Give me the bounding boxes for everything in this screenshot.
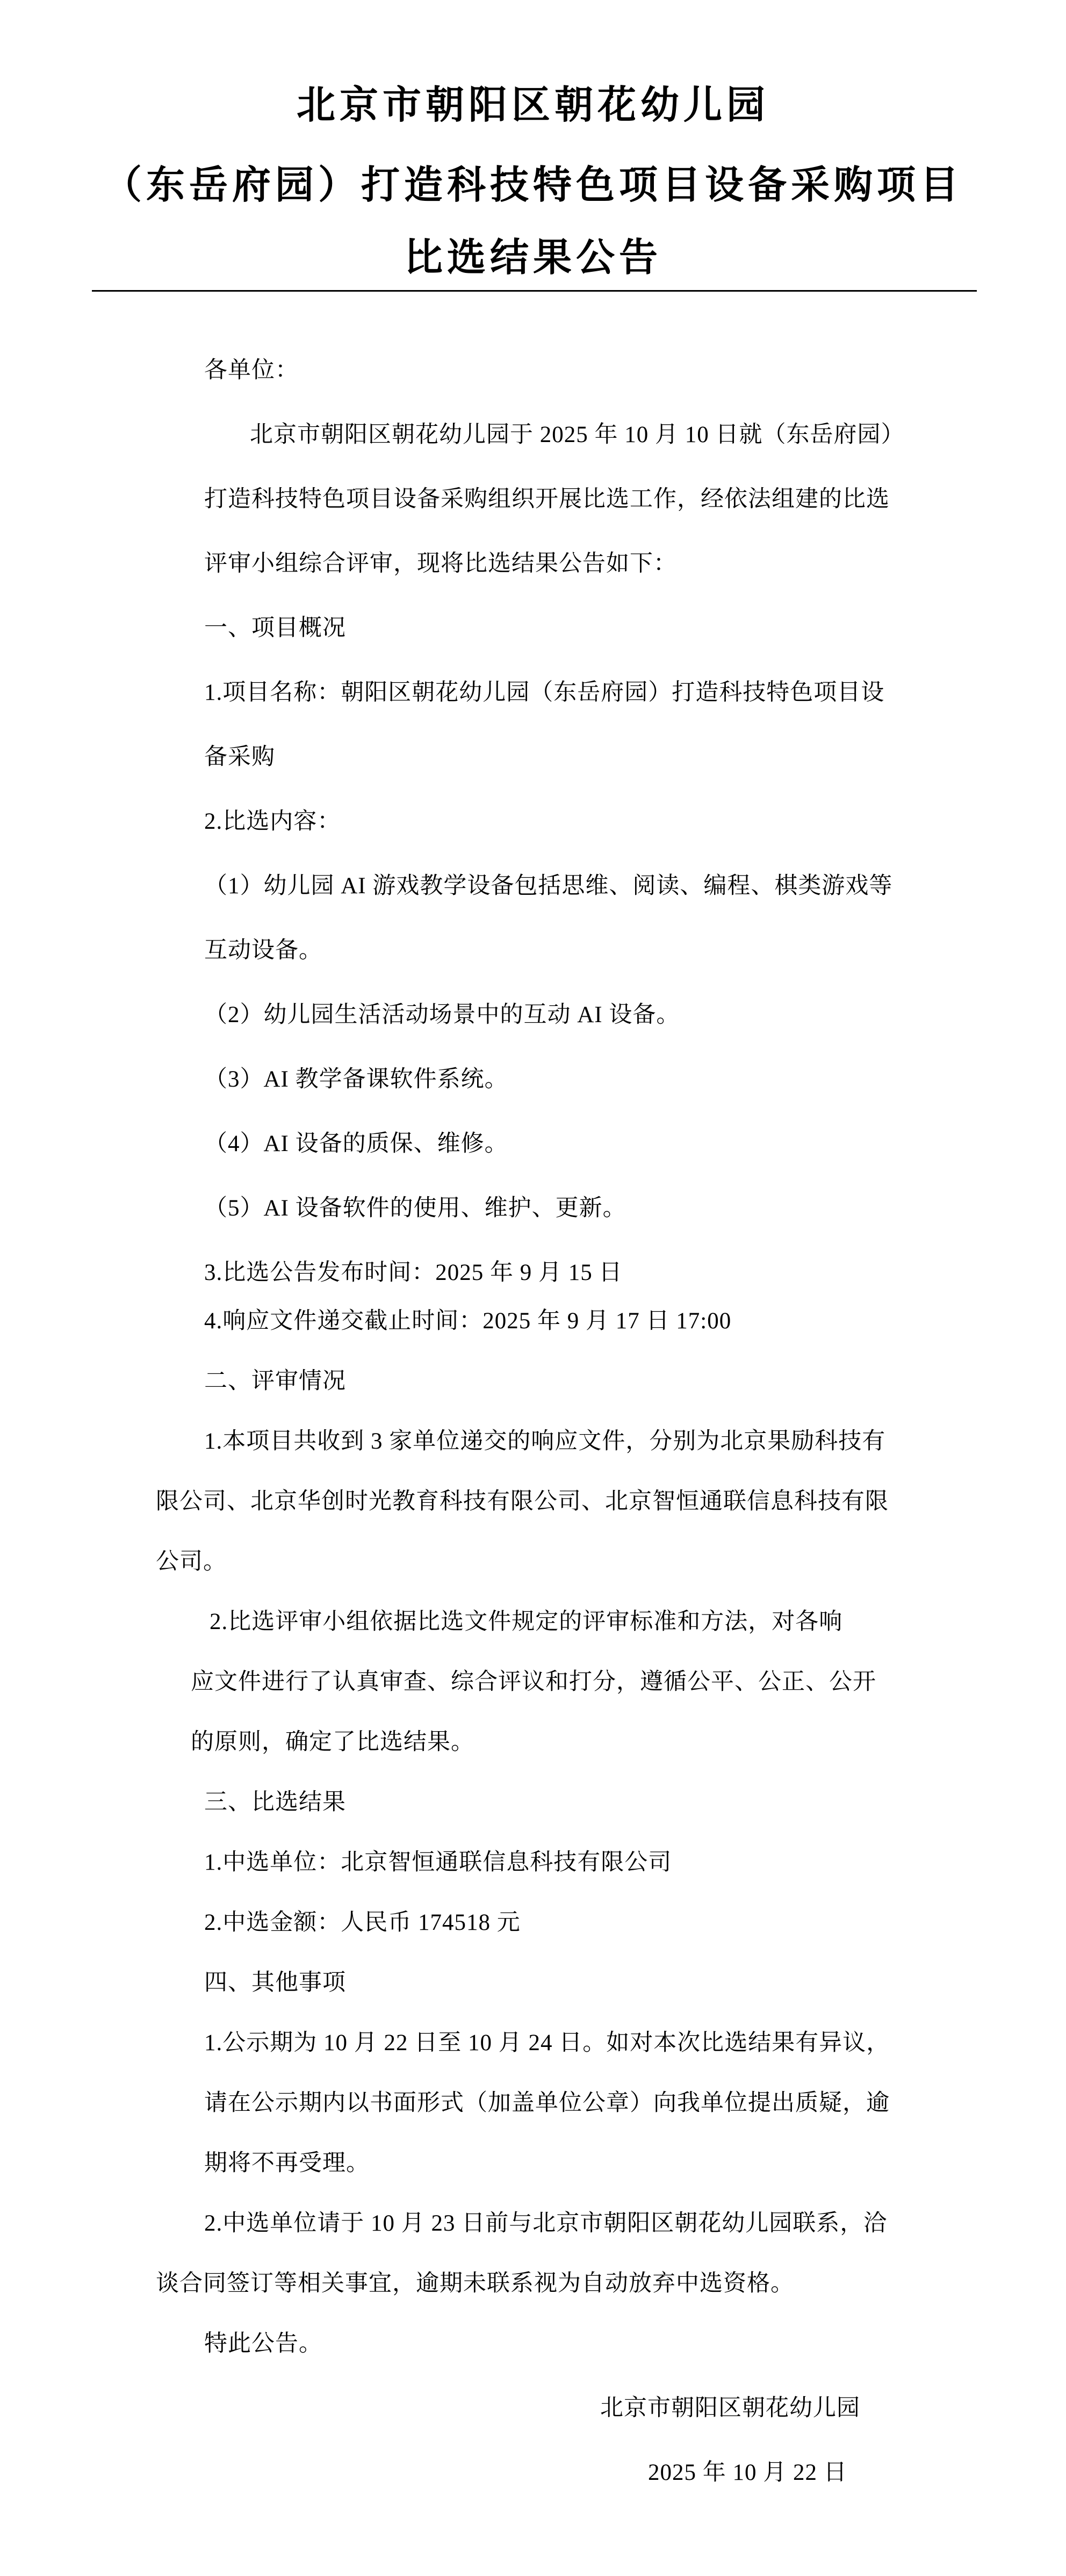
paragraph-line: 2.比选内容：	[204, 806, 341, 838]
paragraph-line: （1）幼儿园 AI 游戏教学设备包括思维、阅读、编程、棋类游戏等	[204, 870, 892, 902]
paragraph-line: 备采购	[204, 741, 275, 773]
paragraph-line: 期将不再受理。	[204, 2147, 370, 2180]
paragraph-line: 1.公示期为 10 月 22 日至 10 月 24 日。如对本次比选结果有异议，	[204, 2027, 890, 2059]
paragraph-line: 1.项目名称：朝阳区朝花幼儿园（东岳府园）打造科技特色项目设	[204, 677, 884, 709]
section-heading-1: 一、项目概况	[204, 612, 346, 645]
paragraph-line: 2.中选单位请于 10 月 23 日前与北京市朝阳区朝花幼儿园联系，洽	[204, 2208, 887, 2240]
paragraph-line: （3）AI 教学备课软件系统。	[204, 1063, 508, 1096]
paragraph-line: 应文件进行了认真审查、综合评议和打分，遵循公平、公正、公开	[191, 1666, 876, 1698]
paragraph-line: （2）幼儿园生活活动场景中的互动 AI 设备。	[204, 999, 680, 1031]
section-heading-2: 二、评审情况	[204, 1365, 346, 1398]
paragraph-line: （5）AI 设备软件的使用、维护、更新。	[204, 1192, 626, 1225]
paragraph-line: 请在公示期内以书面形式（加盖单位公章）向我单位提出质疑，逾	[204, 2087, 890, 2119]
paragraph-line: 北京市朝阳区朝花幼儿园于 2025 年 10 月 10 日就（东岳府园）	[250, 419, 905, 451]
paragraph-line: 2.比选评审小组依据比选文件规定的评审标准和方法，对各响	[210, 1606, 842, 1638]
paragraph-line: 的原则，确定了比选结果。	[191, 1726, 474, 1759]
document-page: { "page": { "background_color": "#ffffff…	[0, 0, 1066, 2576]
page-title-line-3: 比选结果公告	[0, 234, 1066, 282]
paragraph-line: 公司。	[156, 1546, 227, 1578]
amount-line: 2.中选金额：人民币 174518 元	[204, 1907, 521, 1939]
paragraph-line: 3.比选公告发布时间：2025 年 9 月 15 日	[204, 1257, 623, 1289]
section-heading-3: 三、比选结果	[204, 1786, 346, 1819]
page-title: 北京市朝阳区朝花幼儿园	[0, 81, 1066, 129]
winner-line: 1.中选单位：北京智恒通联信息科技有限公司	[204, 1847, 672, 1879]
paragraph-line: 打造科技特色项目设备采购组织开展比选工作，经依法组建的比选	[204, 483, 890, 516]
paragraph-line: 4.响应文件递交截止时间：2025 年 9 月 17 日 17:00	[204, 1305, 731, 1337]
title-divider-rule	[92, 290, 977, 292]
signature-line: 北京市朝阳区朝花幼儿园	[600, 2392, 860, 2425]
page-title-line-2: （东岳府园）打造科技特色项目设备采购项目	[0, 161, 1066, 209]
paragraph-line: 谈合同签订等相关事宜，逾期未联系视为自动放弃中选资格。	[156, 2268, 794, 2300]
paragraph-line: 评审小组综合评审，现将比选结果公告如下：	[204, 548, 677, 580]
salutation: 各单位：	[204, 354, 299, 387]
paragraph-line: 互动设备。	[204, 935, 322, 967]
closing-line: 特此公告。	[204, 2328, 322, 2360]
paragraph-line: （4）AI 设备的质保、维修。	[204, 1128, 508, 1160]
paragraph-line: 1.本项目共收到 3 家单位递交的响应文件，分别为北京果励科技有	[204, 1426, 885, 1458]
paragraph-line: 限公司、北京华创时光教育科技有限公司、北京智恒通联信息科技有限	[156, 1486, 889, 1518]
date-line: 2025 年 10 月 22 日	[648, 2457, 847, 2489]
section-heading-4: 四、其他事项	[204, 1967, 346, 1999]
